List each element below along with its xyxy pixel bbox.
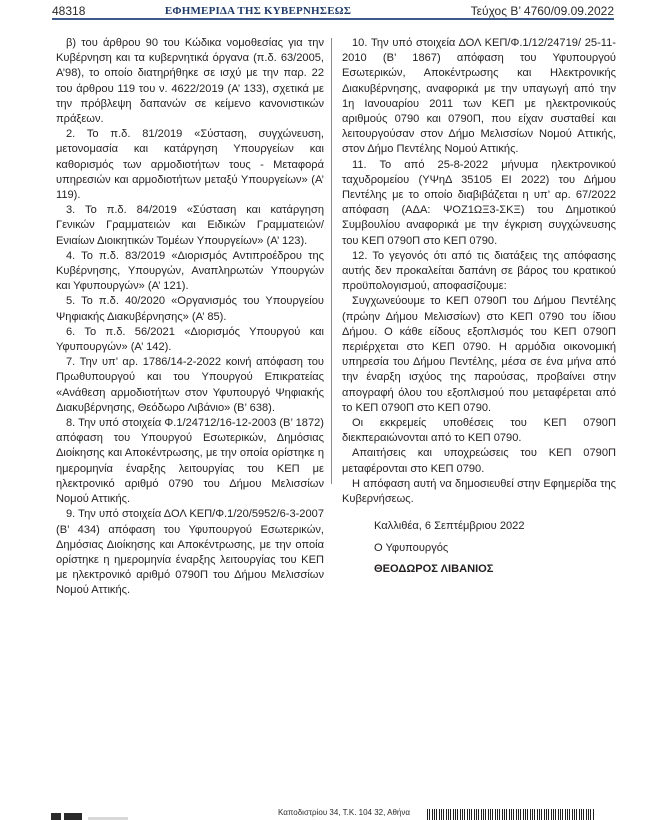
- footer-address: Καποδιστρίου 34, Τ.Κ. 104 32, Αθήνα: [278, 808, 410, 817]
- header-rule: [52, 18, 614, 20]
- left-column: β) του άρθρου 90 του Κώδικα νομοθεσίας γ…: [56, 36, 324, 599]
- column-divider: [331, 38, 332, 484]
- paragraph: 3. Το π.δ. 84/2019 «Σύσταση και κατάργησ…: [56, 203, 324, 249]
- logo-block: [51, 813, 61, 820]
- paragraph: 7. Την υπ’ αρ. 1786/14-2-2022 κοινή απόφ…: [56, 355, 324, 416]
- logo-block: [64, 813, 82, 820]
- paragraph: Συγχωνεύουμε το ΚΕΠ 0790Π του Δήμου Πεντ…: [342, 294, 616, 416]
- journal-title: ΕΦΗΜΕΡΙΔΑ ΤΗΣ ΚΥΒΕΡΝΗΣΕΩΣ: [52, 5, 464, 17]
- paragraph: 9. Την υπό στοιχεία ΔΟΛ ΚΕΠ/Φ.1/20/5952/…: [56, 507, 324, 598]
- paragraph: Οι εκκρεμείς υποθέσεις του ΚΕΠ 0790Π διε…: [342, 416, 616, 446]
- paragraph: 2. Το π.δ. 81/2019 «Σύσταση, συγχώνευση,…: [56, 127, 324, 203]
- right-column: 10. Την υπό στοιχεία ΔΟΛ ΚΕΠ/Φ.1/12/2471…: [342, 36, 616, 583]
- signature-block: Καλλιθέα, 6 Σεπτέμβριου 2022 Ο Υφυπουργό…: [342, 519, 616, 577]
- place-date: Καλλιθέα, 6 Σεπτέμβριου 2022: [374, 519, 616, 534]
- paragraph: 6. Το π.δ. 56/2021 «Διορισμός Υπουργού κ…: [56, 325, 324, 355]
- signatory-name: ΘΕΟΔΩΡΟΣ ΛΙΒΑΝΙΟΣ: [374, 562, 616, 577]
- paragraph: 10. Την υπό στοιχεία ΔΟΛ ΚΕΠ/Φ.1/12/2471…: [342, 36, 616, 158]
- signatory-role: Ο Υφυπουργός: [374, 541, 616, 556]
- issue-number: Τεύχος B’ 4760/09.09.2022: [471, 4, 614, 18]
- barcode: [427, 809, 595, 820]
- paragraph: β) του άρθρου 90 του Κώδικα νομοθεσίας γ…: [56, 36, 324, 127]
- paragraph: 12. Το γεγονός ότι από τις διατάξεις της…: [342, 249, 616, 295]
- paragraph: 8. Την υπό στοιχεία Φ.1/24712/16-12-2003…: [56, 416, 324, 507]
- paragraph: Απαιτήσεις και υποχρεώσεις του ΚΕΠ 0790Π…: [342, 446, 616, 476]
- paragraph: 11. Το από 25-8-2022 μήνυμα ηλεκτρονικού…: [342, 158, 616, 249]
- footer-logo: [51, 812, 128, 820]
- paragraph: 4. Το π.δ. 83/2019 «Διορισμός Αντιπροέδρ…: [56, 249, 324, 295]
- paragraph: 5. Το π.δ. 40/2020 «Οργανισμός του Υπουρ…: [56, 294, 324, 324]
- paragraph: Η απόφαση αυτή να δημοσιευθεί στην Εφημε…: [342, 477, 616, 507]
